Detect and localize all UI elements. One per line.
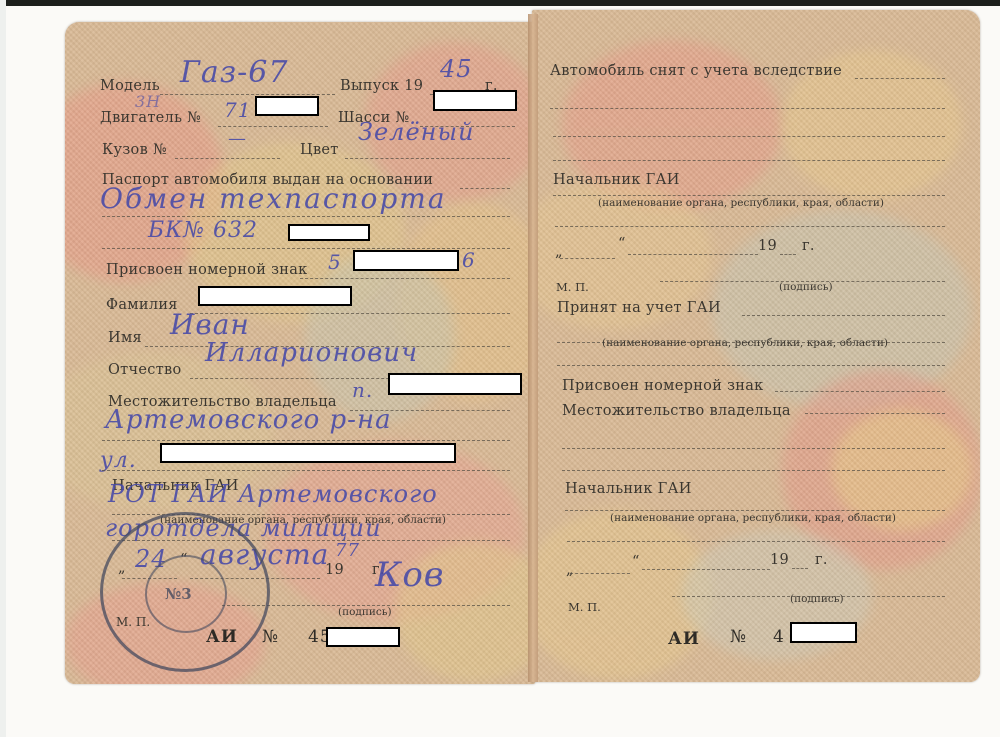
deregistered-line-4: [553, 160, 945, 161]
color-line: [345, 158, 510, 159]
date2-year-line: [792, 568, 808, 569]
name-value: Иван: [170, 308, 250, 341]
seal1-label: М. П.: [556, 280, 589, 294]
stamp-number: №3: [165, 585, 192, 603]
residence-line-right-2: [562, 448, 945, 449]
chief1-line-2: [555, 226, 945, 227]
basis-line-2: [102, 216, 510, 217]
redaction-basis-number: [288, 224, 370, 241]
residence-value-2: Артемовского р-на: [105, 405, 392, 435]
plate-value-prefix: 5: [328, 250, 342, 274]
body-label: Кузов №: [102, 142, 167, 158]
redaction-residence-street: [160, 443, 456, 463]
patronymic-value: Илларионович: [205, 338, 418, 368]
date1-suffix: г.: [802, 238, 815, 254]
org-hint-3: (наименование органа, республики, края, …: [610, 512, 896, 524]
name-label: Имя: [108, 330, 142, 346]
signature1-hint: (подпись): [779, 281, 833, 293]
registered-label: Принят на учет ГАИ: [557, 300, 721, 316]
color-label: Цвет: [300, 142, 339, 158]
plate-line: [300, 278, 510, 279]
redaction-residence-town: [388, 373, 522, 395]
model-value: Газ-67: [180, 55, 288, 90]
engine-margin-note: 3Н: [135, 92, 161, 111]
chief1-line: [553, 195, 945, 196]
scan-top-edge: [0, 0, 1000, 6]
serial-no-sign: №: [262, 627, 279, 647]
org-hint-2: (наименование органа, республики, края, …: [602, 337, 888, 349]
serial-series: АИ: [206, 627, 238, 647]
release-label: Выпуск 19: [340, 78, 423, 94]
residence-line-right: [805, 413, 945, 414]
redaction-serial-number: [326, 627, 400, 647]
redaction-serial-number-right: [790, 622, 857, 643]
engine-label: Двигатель №: [100, 110, 201, 126]
signature: Ков: [375, 555, 445, 595]
engine-line: [218, 126, 328, 127]
residence-line-2: [102, 440, 510, 441]
date1-close: “: [618, 236, 626, 252]
chief2-line: [565, 510, 945, 511]
seal2-label: М. П.: [568, 600, 601, 614]
date1-year: 19: [758, 238, 777, 254]
basis-line-3: [102, 248, 510, 249]
redaction-chassis-number: [433, 90, 517, 111]
registered-line-3: [557, 365, 945, 366]
date-year-prefix: 19: [325, 562, 344, 578]
date1-month-line: [628, 254, 758, 255]
release-value: 45: [440, 55, 473, 83]
book-spine: [528, 14, 538, 682]
body-value: —: [228, 128, 247, 149]
basis-line: [460, 188, 510, 189]
residence-line-3: [102, 470, 510, 471]
official-stamp: №3: [100, 512, 270, 672]
signature-hint: (подпись): [338, 606, 392, 618]
chief2-label: Начальник ГАИ: [565, 481, 692, 497]
chief2-line-2: [567, 541, 945, 542]
deregistered-line: [855, 78, 945, 79]
residence-value-1: п.: [352, 378, 373, 402]
scan-left-edge: [0, 0, 6, 737]
engine-value: 71: [224, 98, 251, 122]
deregistered-line-2: [550, 108, 945, 109]
plate-label-right: Присвоен номерной знак: [562, 378, 764, 394]
body-line: [175, 158, 280, 159]
org-hint-1: (наименование органа, республики, края, …: [598, 197, 884, 209]
plate-value-suffix: 6: [462, 248, 476, 272]
date1-year-line: [780, 254, 796, 255]
basis-value-2: БК№ 632: [148, 218, 258, 243]
date2-close: “: [632, 554, 640, 570]
deregistered-line-3: [553, 136, 945, 137]
patronymic-label: Отчество: [108, 362, 182, 378]
surname-label: Фамилия: [106, 297, 178, 313]
serial-series-right: АИ: [668, 629, 700, 649]
residence-label-right: Местожительство владельца: [562, 403, 791, 419]
basis-value-1: Обмен техпаспорта: [100, 182, 447, 215]
date2-quote: „: [566, 562, 574, 578]
date2-year: 19: [770, 552, 789, 568]
registered-line: [742, 315, 945, 316]
color-value: Зелёный: [358, 118, 474, 146]
chief-value-1: РОТ ГАИ Артемовского: [108, 480, 438, 508]
signature2-hint: (подпись): [790, 593, 844, 605]
date2-suffix: г.: [815, 552, 828, 568]
redaction-engine-number: [255, 96, 319, 116]
residence-line-right-3: [562, 470, 945, 471]
plate-line-right: [775, 391, 945, 392]
date-year-value: 77: [335, 540, 360, 561]
date1-day-line: [560, 258, 615, 259]
serial-number-prefix-right: 4: [773, 627, 785, 647]
plate-label: Присвоен номерной знак: [106, 262, 308, 278]
redaction-plate-number: [353, 250, 459, 271]
deregistered-label: Автомобиль снят с учета вследствие: [550, 63, 842, 79]
date2-month-line: [642, 569, 770, 570]
date2-day-line: [570, 573, 630, 574]
model-line: [160, 94, 335, 95]
redaction-surname: [198, 286, 352, 306]
chief1-label: Начальник ГАИ: [553, 172, 680, 188]
serial-no-sign-right: №: [730, 627, 747, 647]
